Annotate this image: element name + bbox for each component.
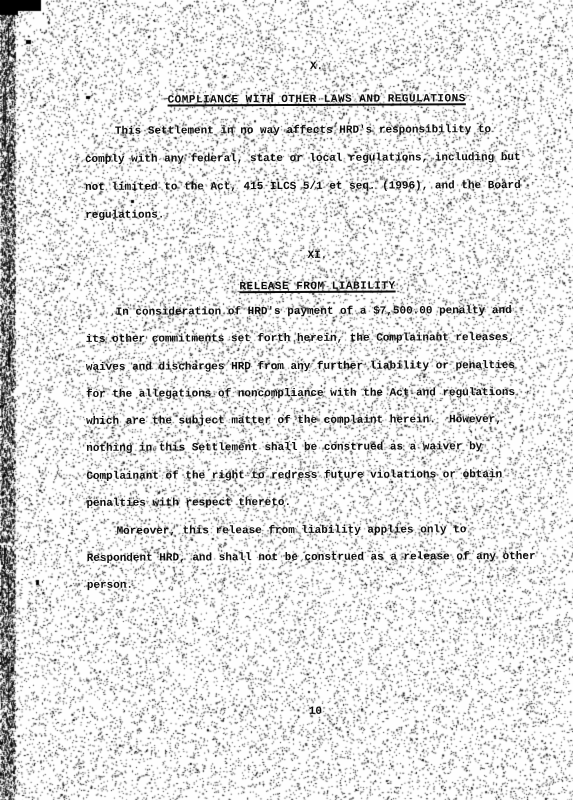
text-line: nothing in this Settlement shall be cons…	[86, 441, 556, 470]
scanned-document-page: X. COMPLIANCE WITH OTHER LAWS AND REGULA…	[0, 0, 573, 800]
page-number: 10	[89, 705, 541, 719]
section-x-paragraph: This Settlement in no way affects HRD's …	[85, 124, 555, 238]
text-line: not limited to the Act, 415 ILCS 5/1 et …	[85, 180, 555, 210]
text-line: Moreover, this release from liability ap…	[87, 524, 557, 553]
text-line: for the allegations of noncompliance wit…	[86, 387, 556, 416]
text-line: comply with any federal, state or local …	[85, 152, 555, 182]
text-line: Complainant of the right to redress futu…	[86, 469, 556, 498]
section-xi-heading: RELEASE FROM LIABILITY	[87, 280, 547, 294]
section-xi-paragraph-2: Moreover, this release from liability ap…	[87, 524, 557, 607]
section-xi-number: XI.	[87, 249, 547, 263]
text-line: regulations.	[85, 208, 555, 238]
text-line: waives and discharges HRD from any furth…	[86, 359, 556, 388]
section-x-number: X.	[87, 60, 547, 74]
section-xi-paragraph-1: In consideration of HRD's payment of a $…	[86, 305, 557, 525]
text-line: In consideration of HRD's payment of a $…	[86, 305, 556, 334]
text-line: person.	[87, 578, 557, 607]
text-line: its other commitments set forth herein, …	[86, 332, 556, 361]
text-line: Respondent HRD, and shall not be constru…	[87, 551, 557, 580]
page-content: X. COMPLIANCE WITH OTHER LAWS AND REGULA…	[0, 0, 573, 800]
section-x-heading: COMPLIANCE WITH OTHER LAWS AND REGULATIO…	[87, 93, 547, 107]
text-line: This Settlement in no way affects HRD's …	[85, 124, 555, 154]
text-line: penalties with respect thereto.	[86, 496, 556, 525]
text-line: which are the subject matter of the comp…	[86, 414, 556, 443]
